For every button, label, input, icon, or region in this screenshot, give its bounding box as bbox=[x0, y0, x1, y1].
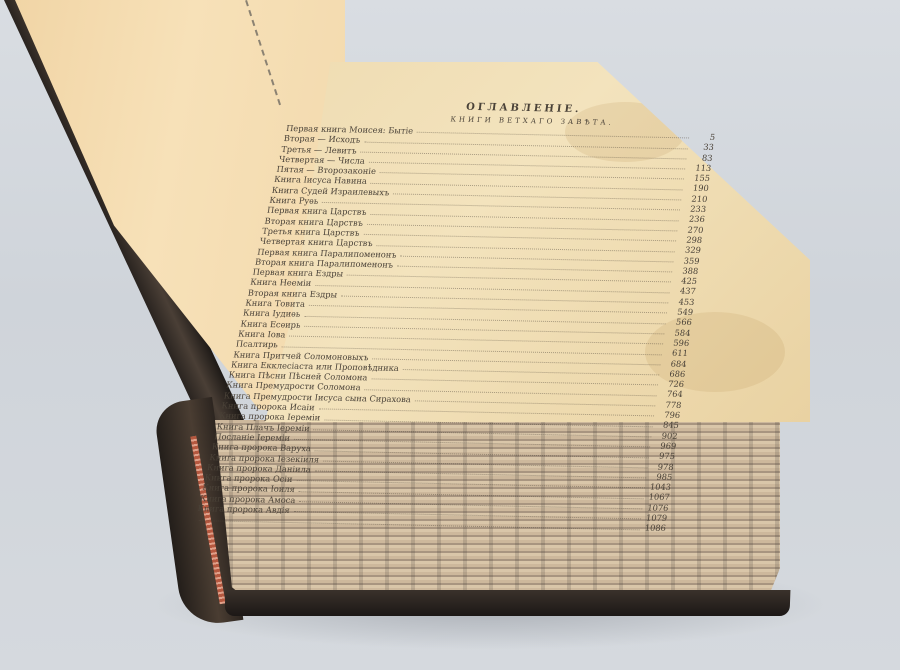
toc-entry-page: 584 bbox=[668, 327, 691, 338]
toc-entry-page: 1086 bbox=[643, 523, 666, 534]
toc-entry-page: 845 bbox=[656, 420, 679, 431]
toc-entry-page: 726 bbox=[661, 379, 684, 390]
toc-entry-page: 975 bbox=[652, 451, 675, 462]
toc-entry-page: 684 bbox=[664, 358, 687, 369]
toc-entry-page: 190 bbox=[686, 183, 709, 194]
toc-entry-page: 453 bbox=[672, 296, 695, 307]
toc-entry-page: 83 bbox=[690, 152, 713, 163]
toc-entries: Первая книга Моисея: Бытіе5Вторая — Исхо… bbox=[236, 123, 716, 533]
toc-entry-page: 437 bbox=[673, 286, 696, 297]
toc-entry-page: 359 bbox=[677, 255, 700, 266]
toc-entry-page: 1043 bbox=[648, 482, 671, 493]
toc-entry-page: 425 bbox=[674, 276, 697, 287]
toc-entry-page: 388 bbox=[676, 265, 699, 276]
book-photo: ОГЛАВЛЕНІЕ. КНИГИ ВЕТХАГО ЗАВѢТА. Первая… bbox=[0, 0, 900, 670]
toc-entry-page: 611 bbox=[665, 348, 688, 359]
toc-entry-page: 985 bbox=[650, 471, 673, 482]
toc-entry-page: 329 bbox=[678, 245, 701, 256]
toc-entry-page: 902 bbox=[655, 430, 678, 441]
toc-entry-page: 549 bbox=[671, 307, 694, 318]
toc-entry-page: 33 bbox=[691, 142, 714, 153]
toc-entry-page: 764 bbox=[660, 389, 683, 400]
toc-entry-page: 298 bbox=[680, 234, 703, 245]
toc-entry-page: 778 bbox=[659, 399, 682, 410]
toc-entry-page: 969 bbox=[654, 440, 677, 451]
toc-entry-page: 796 bbox=[658, 409, 681, 420]
toc-entry-page: 566 bbox=[669, 317, 692, 328]
bottom-cover-edge bbox=[225, 590, 791, 616]
toc-entry-page: 113 bbox=[689, 162, 712, 173]
toc-entry-page: 236 bbox=[682, 214, 705, 225]
toc-entry-page: 210 bbox=[685, 193, 708, 204]
toc-entry-page: 1076 bbox=[646, 502, 669, 513]
table-of-contents: ОГЛАВЛЕНІЕ. КНИГИ ВЕТХАГО ЗАВѢТА. Первая… bbox=[236, 98, 719, 533]
toc-entry-page: 1079 bbox=[645, 512, 668, 523]
toc-entry-page: 686 bbox=[663, 368, 686, 379]
toc-entry-page: 5 bbox=[693, 132, 716, 143]
toc-entry-page: 978 bbox=[651, 461, 674, 472]
toc-entry-page: 233 bbox=[683, 204, 706, 215]
toc-entry-page: 270 bbox=[681, 224, 704, 235]
toc-entry-page: 596 bbox=[667, 337, 690, 348]
toc-entry-name bbox=[195, 513, 196, 523]
toc-entry-page: 155 bbox=[687, 173, 710, 184]
toc-entry-page: 1067 bbox=[647, 492, 670, 503]
